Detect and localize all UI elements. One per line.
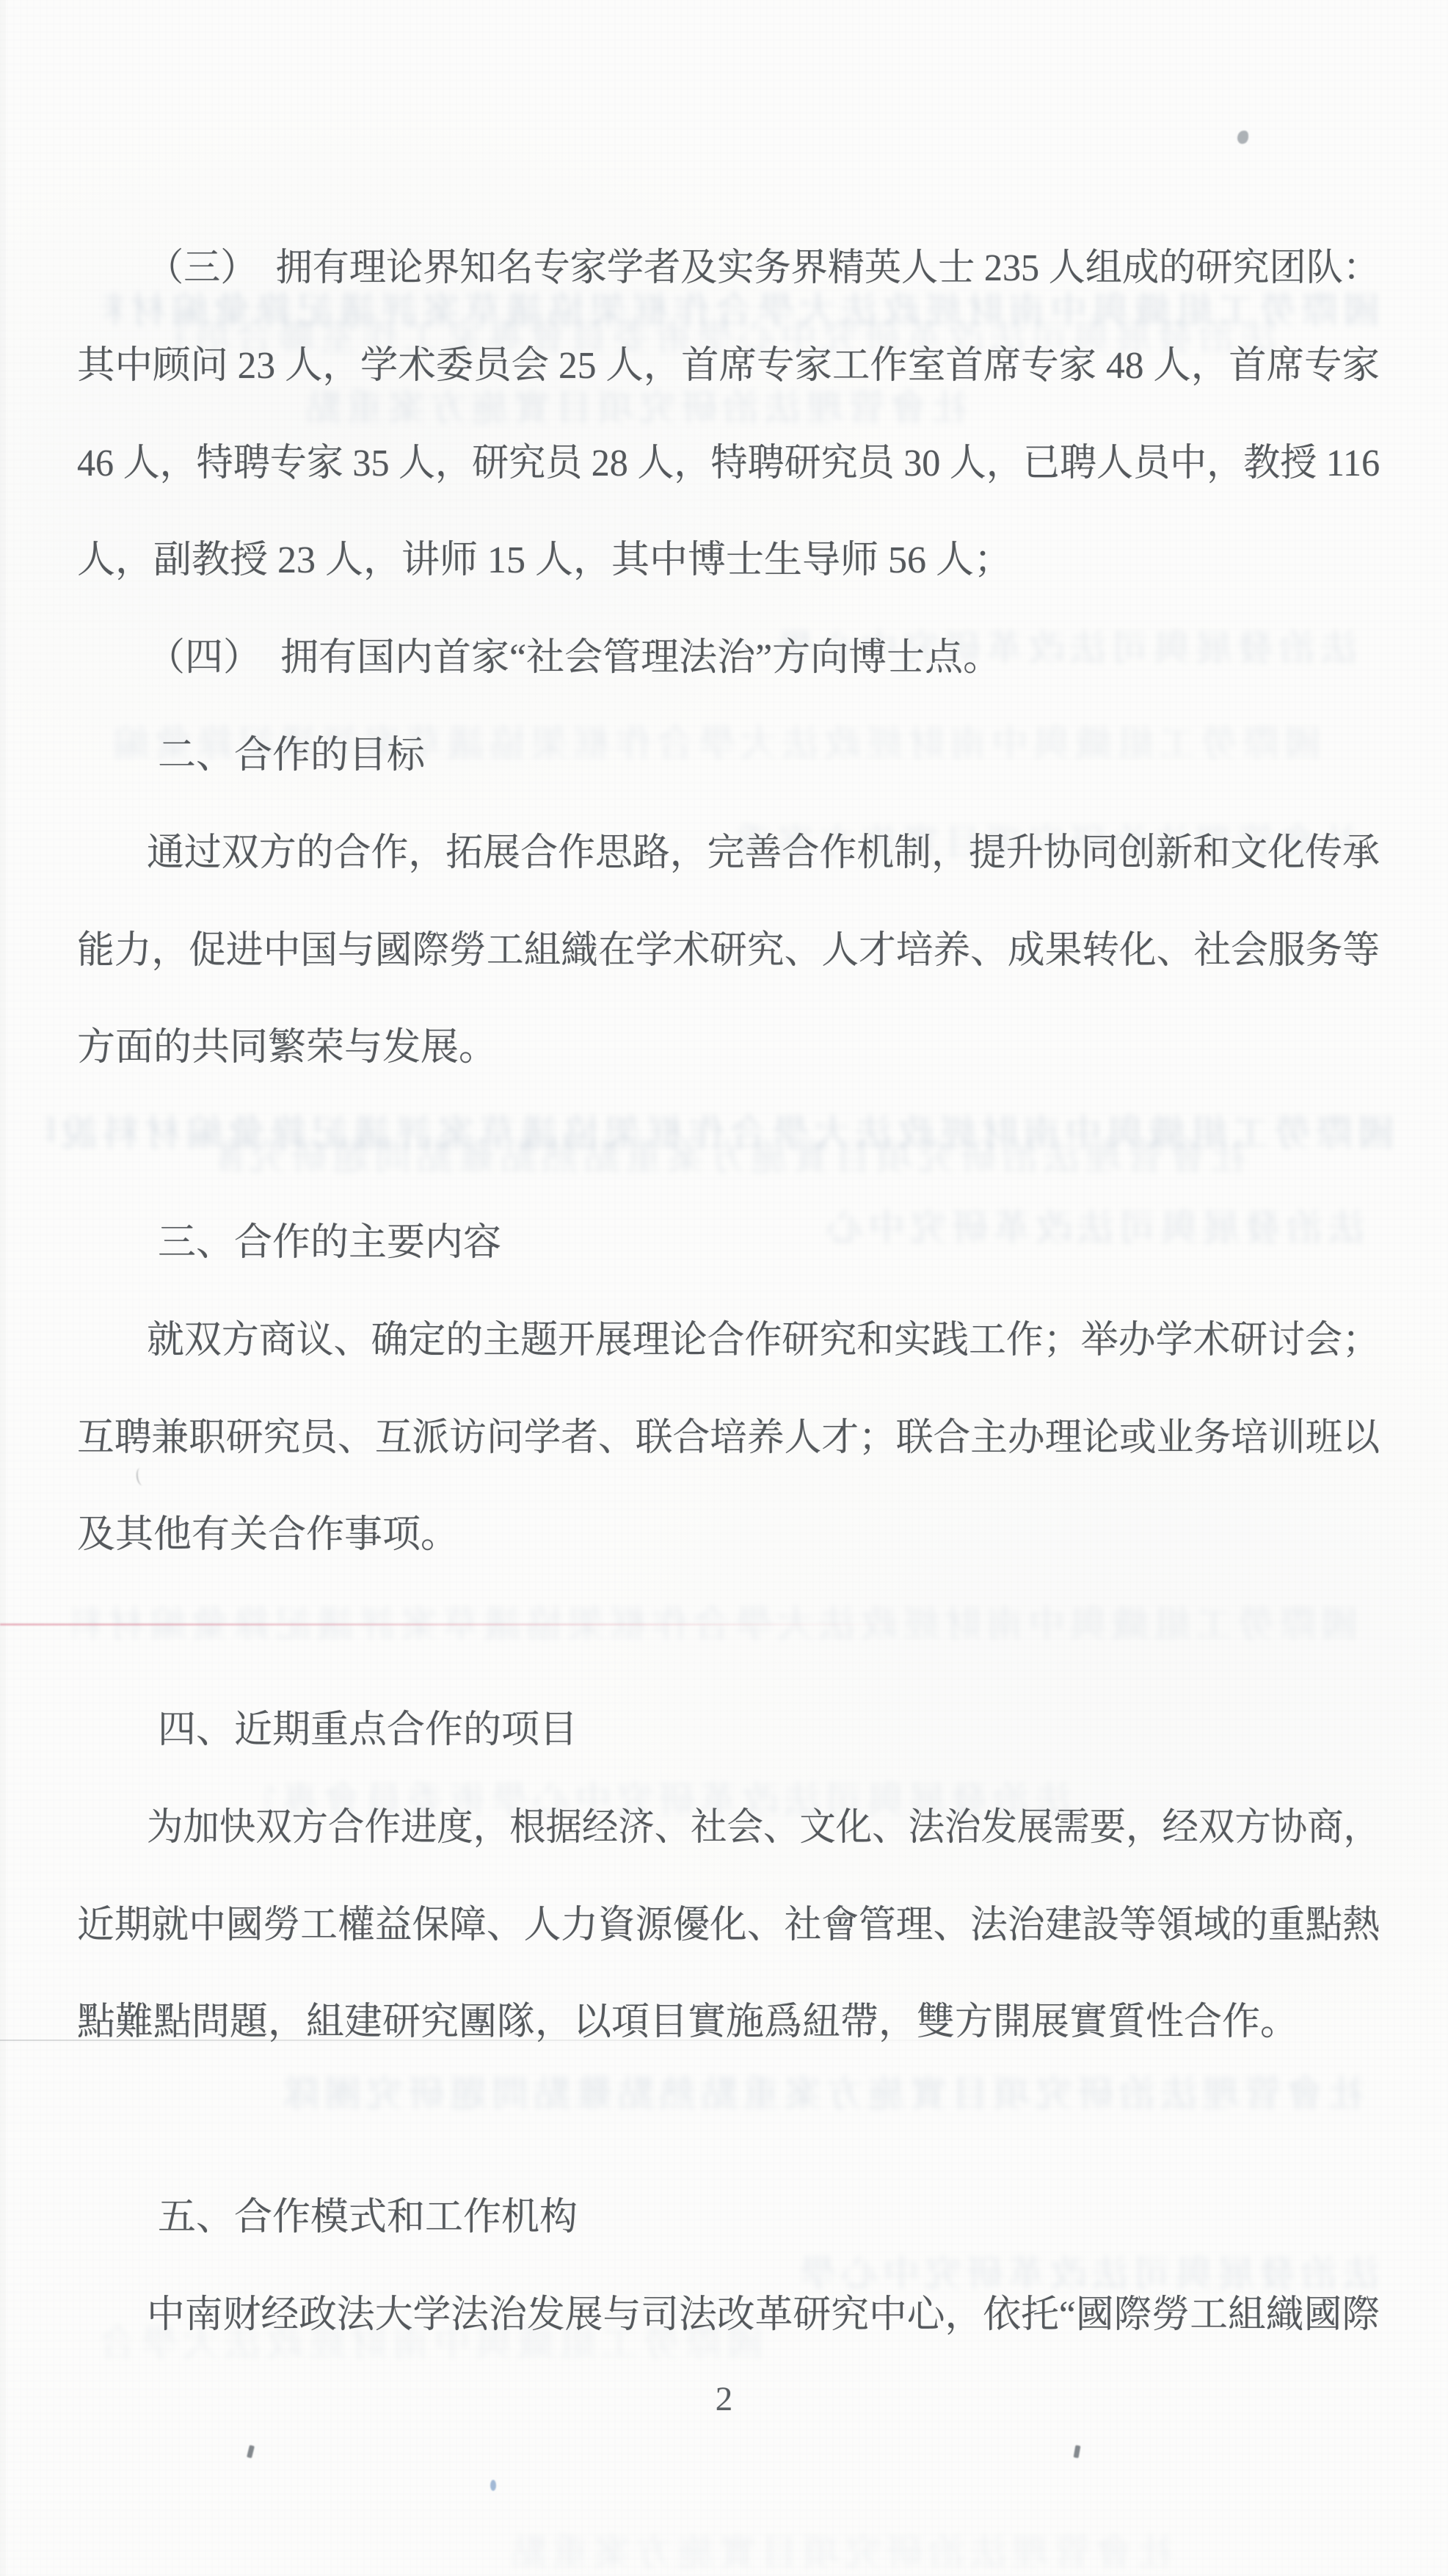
- text-line: 中南财经政法大学法治发展与司法改革研究中心，依托“國際勞工組織國際: [147, 2293, 1380, 2338]
- section-heading: 四、近期重点合作的项目: [158, 1708, 578, 1753]
- text-line: 为加快双方合作进度，根据经济、社会、文化、法治发展需要，经双方协商，: [147, 1805, 1380, 1851]
- document-body: （三） 拥有理论界知名专家学者及实务界精英人士 235 人组成的研究团队：其中顾…: [77, 0, 1380, 2576]
- text-line: 及其他有关合作事项。: [77, 1513, 459, 1558]
- section-heading: 二、合作的目标: [158, 733, 425, 779]
- text-line: （四） 拥有国内首家“社会管理法治”方向博士点。: [147, 636, 1001, 681]
- text-line: 互聘兼职研究员、互派访问学者、联合培养人才；联合主办理论或业务培训班以: [77, 1416, 1380, 1461]
- section-heading: 三、合作的主要内容: [158, 1220, 501, 1266]
- page-number: 2: [0, 2379, 1448, 2419]
- scanned-document: { "document": { "page_number": "2", "lin…: [0, 0, 1448, 2576]
- text-line: 就双方商议、确定的主题开展理论合作研究和实践工作；举办学术研讨会；: [147, 1318, 1380, 1364]
- text-line: 人，副教授 23 人，讲师 15 人，其中博士生导师 56 人；: [77, 538, 1012, 583]
- text-line: 其中顾问 23 人，学术委员会 25 人，首席专家工作室首席专家 48 人，首席…: [77, 343, 1380, 389]
- text-line: （三） 拥有理论界知名专家学者及实务界精英人士 235 人组成的研究团队：: [147, 246, 1380, 291]
- section-heading: 五、合作模式和工作机构: [158, 2195, 578, 2241]
- text-line: 方面的共同繁荣与发展。: [77, 1025, 497, 1071]
- text-line: 通过双方的合作，拓展合作思路，完善合作机制，提升协同创新和文化传承: [147, 831, 1380, 876]
- text-line: 能力，促进中国与國際勞工組織在学术研究、人才培养、成果转化、社会服务等: [77, 928, 1380, 974]
- text-line: 46 人，特聘专家 35 人，研究员 28 人，特聘研究员 30 人，已聘人员中…: [77, 441, 1380, 487]
- text-line: 近期就中國勞工權益保障、人力資源優化、社會管理、法治建設等領域的重點熱: [77, 1903, 1380, 1949]
- text-line: 點難點問題，組建研究團隊，以項目實施爲紐帶，雙方開展實質性合作。: [77, 2000, 1298, 2045]
